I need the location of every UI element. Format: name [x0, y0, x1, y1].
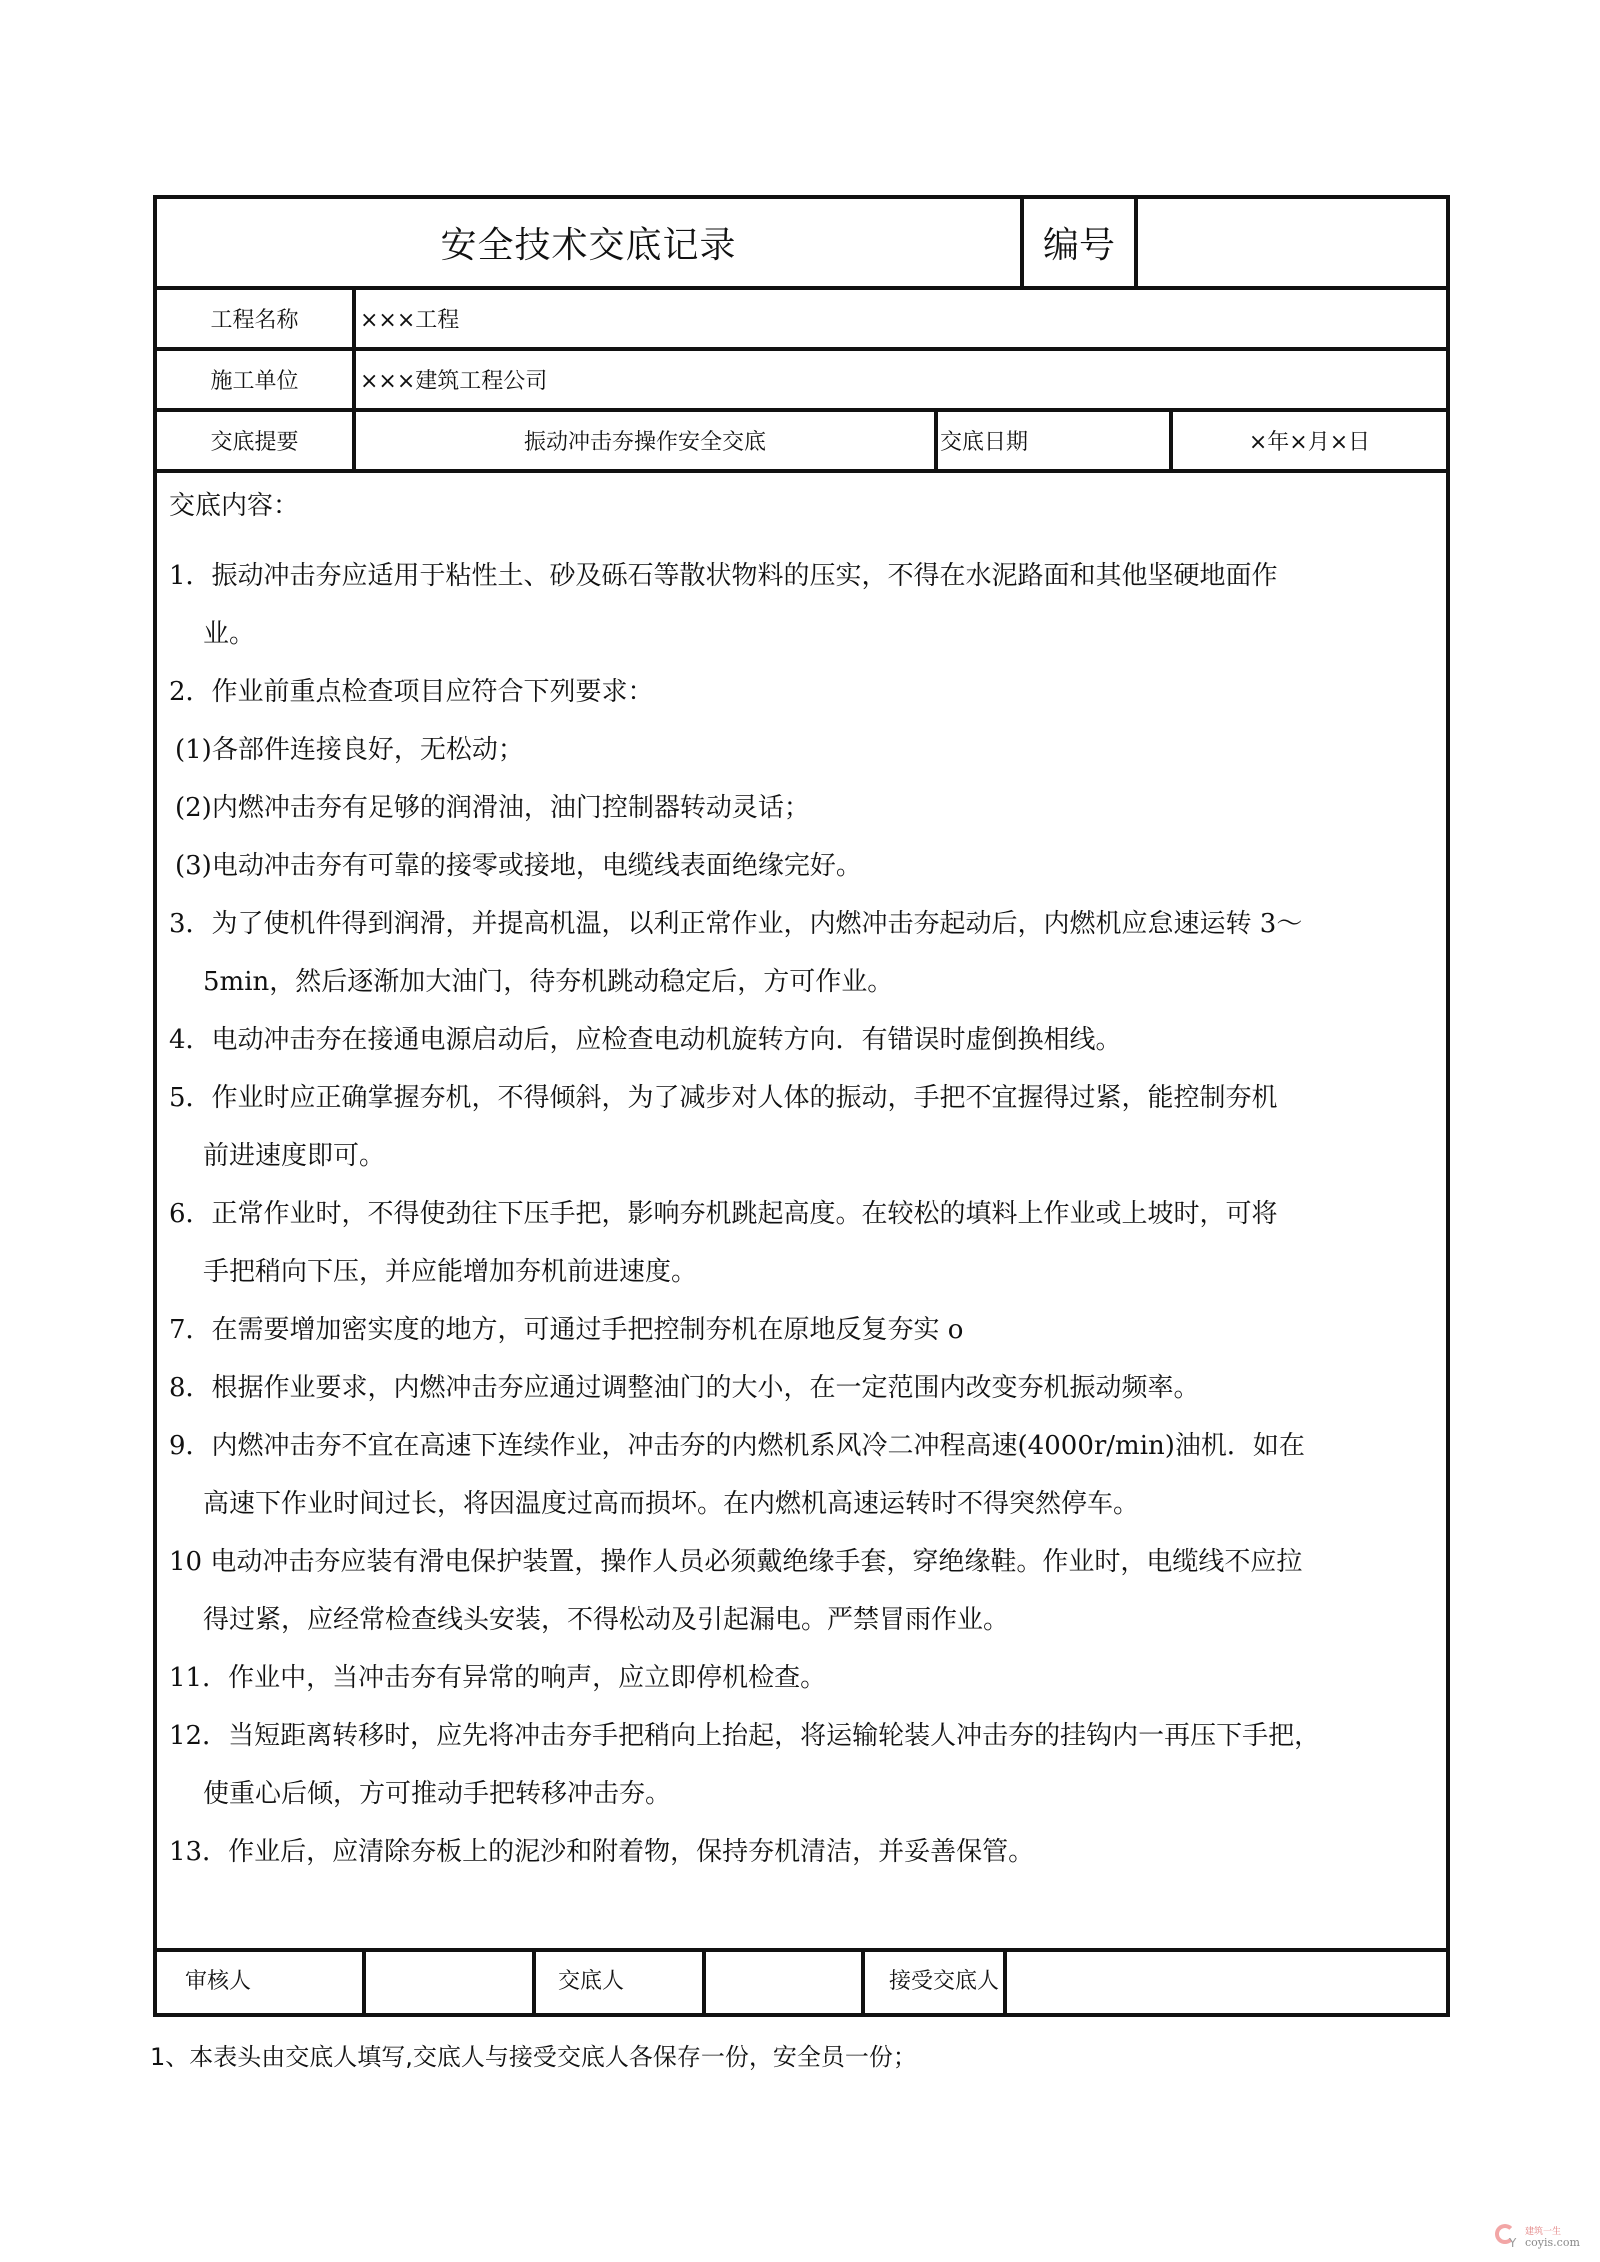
- project-name-row: 工程名称 ×××工程: [153, 286, 1450, 347]
- summary-label: 交底提要: [157, 412, 352, 469]
- footnote: 1、本表头由交底人填写,交底人与接受交底人各保存一份，安全员一份；: [150, 2037, 917, 2072]
- content-item: (2)内燃冲击夯有足够的润滑油，油门控制器转动灵话；: [169, 779, 1436, 837]
- discloser-label: 交底人: [532, 1952, 702, 2013]
- summary-row: 交底提要 振动冲击夯操作安全交底 交底日期 ×年×月×日: [153, 408, 1450, 469]
- content-item: 7．在需要增加密实度的地方，可通过手把控制夯机在原地反复夯实 o: [169, 1301, 1436, 1359]
- content-item: 4．电动冲击夯在接通电源启动后，应检查电动机旋转方向．有错误时虚倒换相线。: [169, 1011, 1436, 1069]
- content-item-line: (2)内燃冲击夯有足够的润滑油，油门控制器转动灵话；: [175, 793, 810, 823]
- content-item: (1)各部件连接良好，无松动；: [169, 721, 1436, 779]
- content-item-line: 7．在需要增加密实度的地方，可通过手把控制夯机在原地反复夯实 o: [169, 1315, 963, 1345]
- number-label: 编号: [1020, 199, 1134, 286]
- contractor-label: 施工单位: [157, 351, 352, 408]
- content-item-line: (3)电动冲击夯有可靠的接零或接地，电缆线表面绝缘完好。: [175, 851, 862, 881]
- content-item-line: 5．作业时应正确掌握夯机，不得倾斜，为了减步对人体的振动，手把不宜握得过紧，能控…: [169, 1083, 1278, 1113]
- content-item-line: 10 电动冲击夯应装有滑电保护装置，操作人员必须戴绝缘手套，穿绝缘鞋。作业时，电…: [169, 1547, 1302, 1577]
- title-row: 安全技术交底记录 编号: [153, 195, 1450, 286]
- content-item: 8．根据作业要求，内燃冲击夯应通过调整油门的大小，在一定范围内改变夯机振动频率。: [169, 1359, 1436, 1417]
- content-item-continuation: 手把稍向下压，并应能增加夯机前进速度。: [169, 1243, 1436, 1301]
- content-item: 11．作业中，当冲击夯有异常的响声，应立即停机检查。: [169, 1649, 1436, 1707]
- discloser-field[interactable]: [702, 1952, 861, 2013]
- document-title: 安全技术交底记录: [157, 199, 1020, 286]
- contractor-row: 施工单位 ×××建筑工程公司: [153, 347, 1450, 408]
- watermark-logo: Y 建筑一生 coyis.com: [1495, 2222, 1595, 2256]
- content-item-continuation: 业。: [169, 605, 1436, 663]
- content-item-line: 6．正常作业时，不得使劲往下压手把，影响夯机跳起高度。在较松的填料上作业或上坡时…: [169, 1199, 1278, 1229]
- content-items: 1．振动冲击夯应适用于粘性土、砂及砾石等散状物料的压实，不得在水泥路面和其他坚硬…: [169, 547, 1436, 1881]
- content-item: 6．正常作业时，不得使劲往下压手把，影响夯机跳起高度。在较松的填料上作业或上坡时…: [169, 1185, 1436, 1301]
- content-item-line: 8．根据作业要求，内燃冲击夯应通过调整油门的大小，在一定范围内改变夯机振动频率。: [169, 1373, 1200, 1403]
- content-item: 5．作业时应正确掌握夯机，不得倾斜，为了减步对人体的振动，手把不宜握得过紧，能控…: [169, 1069, 1436, 1185]
- content-item: 1．振动冲击夯应适用于粘性土、砂及砾石等散状物料的压实，不得在水泥路面和其他坚硬…: [169, 547, 1436, 663]
- date-label: 交底日期: [934, 412, 1169, 469]
- document-page: 安全技术交底记录 编号 工程名称 ×××工程 施工单位 ×××建筑工程公司 交底…: [0, 0, 1600, 2262]
- safety-disclosure-table: 安全技术交底记录 编号 工程名称 ×××工程 施工单位 ×××建筑工程公司 交底…: [153, 195, 1450, 2017]
- content-item-line: 1．振动冲击夯应适用于粘性土、砂及砾石等散状物料的压实，不得在水泥路面和其他坚硬…: [169, 561, 1278, 591]
- logo-y-icon: Y: [1509, 2236, 1516, 2250]
- content-item-line: 13．作业后，应清除夯板上的泥沙和附着物，保持夯机清洁，并妥善保管。: [169, 1837, 1034, 1867]
- project-name-value[interactable]: ×××工程: [352, 290, 1446, 347]
- content-item-line: (1)各部件连接良好，无松动；: [175, 735, 524, 765]
- content-item-line: 3．为了使机件得到润滑，并提高机温，以利正常作业，内燃冲击夯起动后，内燃机应怠速…: [169, 909, 1302, 939]
- content-item: 2．作业前重点检查项目应符合下列要求：: [169, 663, 1436, 721]
- content-item: 9．内燃冲击夯不宜在高速下连续作业，冲击夯的内燃机系风冷二冲程高速(4000r/…: [169, 1417, 1436, 1533]
- content-item-continuation: 使重心后倾，方可推动手把转移冲击夯。: [169, 1765, 1436, 1823]
- content-item-line: 12．当短距离转移时，应先将冲击夯手把稍向上抬起，将运输轮装人冲击夯的挂钩内一再…: [169, 1721, 1320, 1751]
- number-field[interactable]: [1134, 199, 1446, 286]
- content-item: 12．当短距离转移时，应先将冲击夯手把稍向上抬起，将运输轮装人冲击夯的挂钩内一再…: [169, 1707, 1436, 1823]
- content-item-continuation: 5min，然后逐渐加大油门，待夯机跳动稳定后，方可作业。: [169, 953, 1436, 1011]
- content-item: 10 电动冲击夯应装有滑电保护装置，操作人员必须戴绝缘手套，穿绝缘鞋。作业时，电…: [169, 1533, 1436, 1649]
- content-item-line: 2．作业前重点检查项目应符合下列要求：: [169, 677, 654, 707]
- reviewer-field[interactable]: [362, 1952, 532, 2013]
- date-value[interactable]: ×年×月×日: [1169, 412, 1446, 469]
- content-item-continuation: 得过紧，应经常检查线头安装，不得松动及引起漏电。严禁冒雨作业。: [169, 1591, 1436, 1649]
- content-section: 交底内容： 1．振动冲击夯应适用于粘性土、砂及砾石等散状物料的压实，不得在水泥路…: [153, 469, 1450, 1948]
- content-item: (3)电动冲击夯有可靠的接零或接地，电缆线表面绝缘完好。: [169, 837, 1436, 895]
- content-item: 13．作业后，应清除夯板上的泥沙和附着物，保持夯机清洁，并妥善保管。: [169, 1823, 1436, 1881]
- project-name-label: 工程名称: [157, 290, 352, 347]
- receiver-label: 接受交底人: [861, 1952, 1003, 2013]
- reviewer-label: 审核人: [157, 1952, 362, 2013]
- content-heading: 交底内容：: [169, 491, 1436, 521]
- receiver-field[interactable]: [1003, 1952, 1446, 2013]
- content-item-continuation: 高速下作业时间过长，将因温度过高而损坏。在内燃机高速运转时不得突然停车。: [169, 1475, 1436, 1533]
- content-item-continuation: 前进速度即可。: [169, 1127, 1436, 1185]
- signature-row: 审核人 交底人 接受交底人: [153, 1948, 1450, 2017]
- contractor-value[interactable]: ×××建筑工程公司: [352, 351, 1446, 408]
- content-item-line: 4．电动冲击夯在接通电源启动后，应检查电动机旋转方向．有错误时虚倒换相线。: [169, 1025, 1122, 1055]
- summary-value[interactable]: 振动冲击夯操作安全交底: [352, 412, 934, 469]
- watermark-en: coyis.com: [1525, 2236, 1580, 2249]
- content-item-line: 9．内燃冲击夯不宜在高速下连续作业，冲击夯的内燃机系风冷二冲程高速(4000r/…: [169, 1431, 1305, 1461]
- content-item-line: 11．作业中，当冲击夯有异常的响声，应立即停机检查。: [169, 1663, 826, 1693]
- content-item: 3．为了使机件得到润滑，并提高机温，以利正常作业，内燃冲击夯起动后，内燃机应怠速…: [169, 895, 1436, 1011]
